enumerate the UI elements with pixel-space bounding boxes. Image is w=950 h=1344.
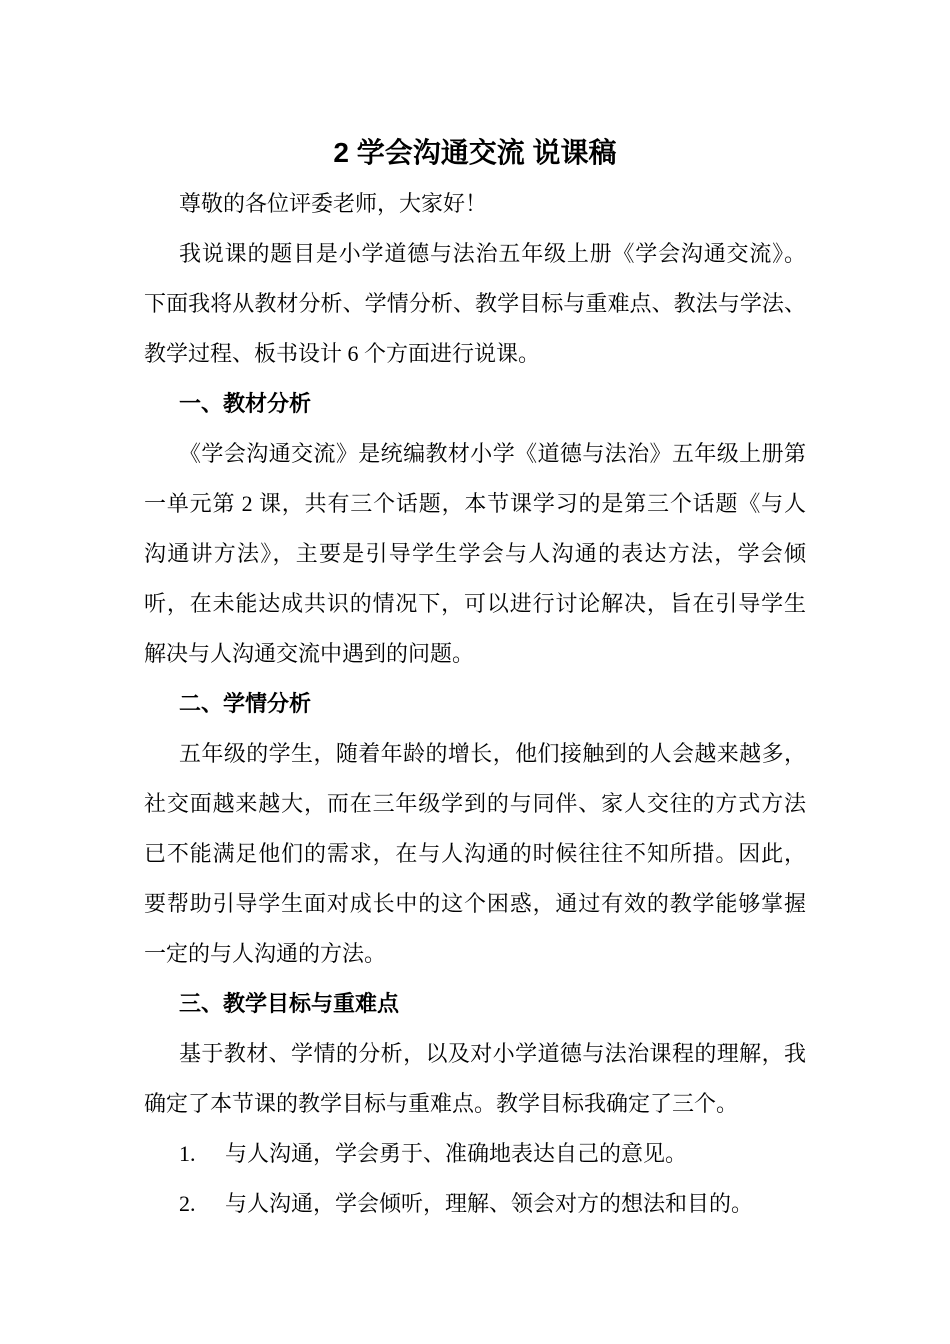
text-line: 尊敬的各位评委老师，大家好！	[144, 179, 806, 229]
text-line: 沟通讲方法》，主要是引导学生学会与人沟通的表达方法，学会倾	[144, 529, 806, 579]
text-line: 解决与人沟通交流中遇到的问题。	[144, 629, 806, 679]
text-line: 我说课的题目是小学道德与法治五年级上册《学会沟通交流》。	[144, 229, 806, 279]
document-title: 2 学会沟通交流 说课稿	[144, 127, 806, 179]
text-line: 一单元第 2 课，共有三个话题，本节课学习的是第三个话题《与人	[144, 479, 806, 529]
goal-item-1: 1.与人沟通，学会勇于、准确地表达自己的意见。	[144, 1129, 806, 1179]
text-line: 听，在未能达成共识的情况下，可以进行讨论解决，旨在引导学生	[144, 579, 806, 629]
text-line: 基于教材、学情的分析，以及对小学道德与法治课程的理解，我	[144, 1029, 806, 1079]
document-content: 2 学会沟通交流 说课稿 尊敬的各位评委老师，大家好！ 我说课的题目是小学道德与…	[144, 0, 806, 1229]
heading-textbook-analysis: 一、教材分析	[144, 379, 806, 429]
goal-item-2: 2.与人沟通，学会倾听，理解、领会对方的想法和目的。	[144, 1179, 806, 1229]
goal-text: 与人沟通，学会勇于、准确地表达自己的意见。	[225, 1141, 687, 1166]
paragraph-textbook-analysis: 《学会沟通交流》是统编教材小学《道德与法治》五年级上册第 一单元第 2 课，共有…	[144, 429, 806, 679]
text-line: 已不能满足他们的需求，在与人沟通的时候往往不知所措。因此，	[144, 829, 806, 879]
text-line: 下面我将从教材分析、学情分析、教学目标与重难点、教法与学法、	[144, 279, 806, 329]
text-line: 五年级的学生，随着年龄的增长，他们接触到的人会越来越多，	[144, 729, 806, 779]
paragraph-learning-situation: 五年级的学生，随着年龄的增长，他们接触到的人会越来越多， 社交面越来越大，而在三…	[144, 729, 806, 979]
paragraph-teaching-goals: 基于教材、学情的分析，以及对小学道德与法治课程的理解，我 确定了本节课的教学目标…	[144, 1029, 806, 1129]
text-line: 一定的与人沟通的方法。	[144, 929, 806, 979]
document-page: 2 学会沟通交流 说课稿 尊敬的各位评委老师，大家好！ 我说课的题目是小学道德与…	[0, 0, 950, 1344]
text-line: 社交面越来越大，而在三年级学到的与同伴、家人交往的方式方法	[144, 779, 806, 829]
goal-number: 2.	[179, 1179, 225, 1229]
text-line: 教学过程、板书设计 6 个方面进行说课。	[144, 329, 806, 379]
text-line: 《学会沟通交流》是统编教材小学《道德与法治》五年级上册第	[144, 429, 806, 479]
goal-text: 与人沟通，学会倾听，理解、领会对方的想法和目的。	[225, 1191, 753, 1216]
goal-number: 1.	[179, 1129, 225, 1179]
heading-teaching-goals: 三、教学目标与重难点	[144, 979, 806, 1029]
heading-learning-situation-analysis: 二、学情分析	[144, 679, 806, 729]
text-line: 确定了本节课的教学目标与重难点。教学目标我确定了三个。	[144, 1079, 806, 1129]
paragraph-greeting: 尊敬的各位评委老师，大家好！	[144, 179, 806, 229]
text-line: 要帮助引导学生面对成长中的这个困惑，通过有效的教学能够掌握	[144, 879, 806, 929]
paragraph-intro: 我说课的题目是小学道德与法治五年级上册《学会沟通交流》。 下面我将从教材分析、学…	[144, 229, 806, 379]
